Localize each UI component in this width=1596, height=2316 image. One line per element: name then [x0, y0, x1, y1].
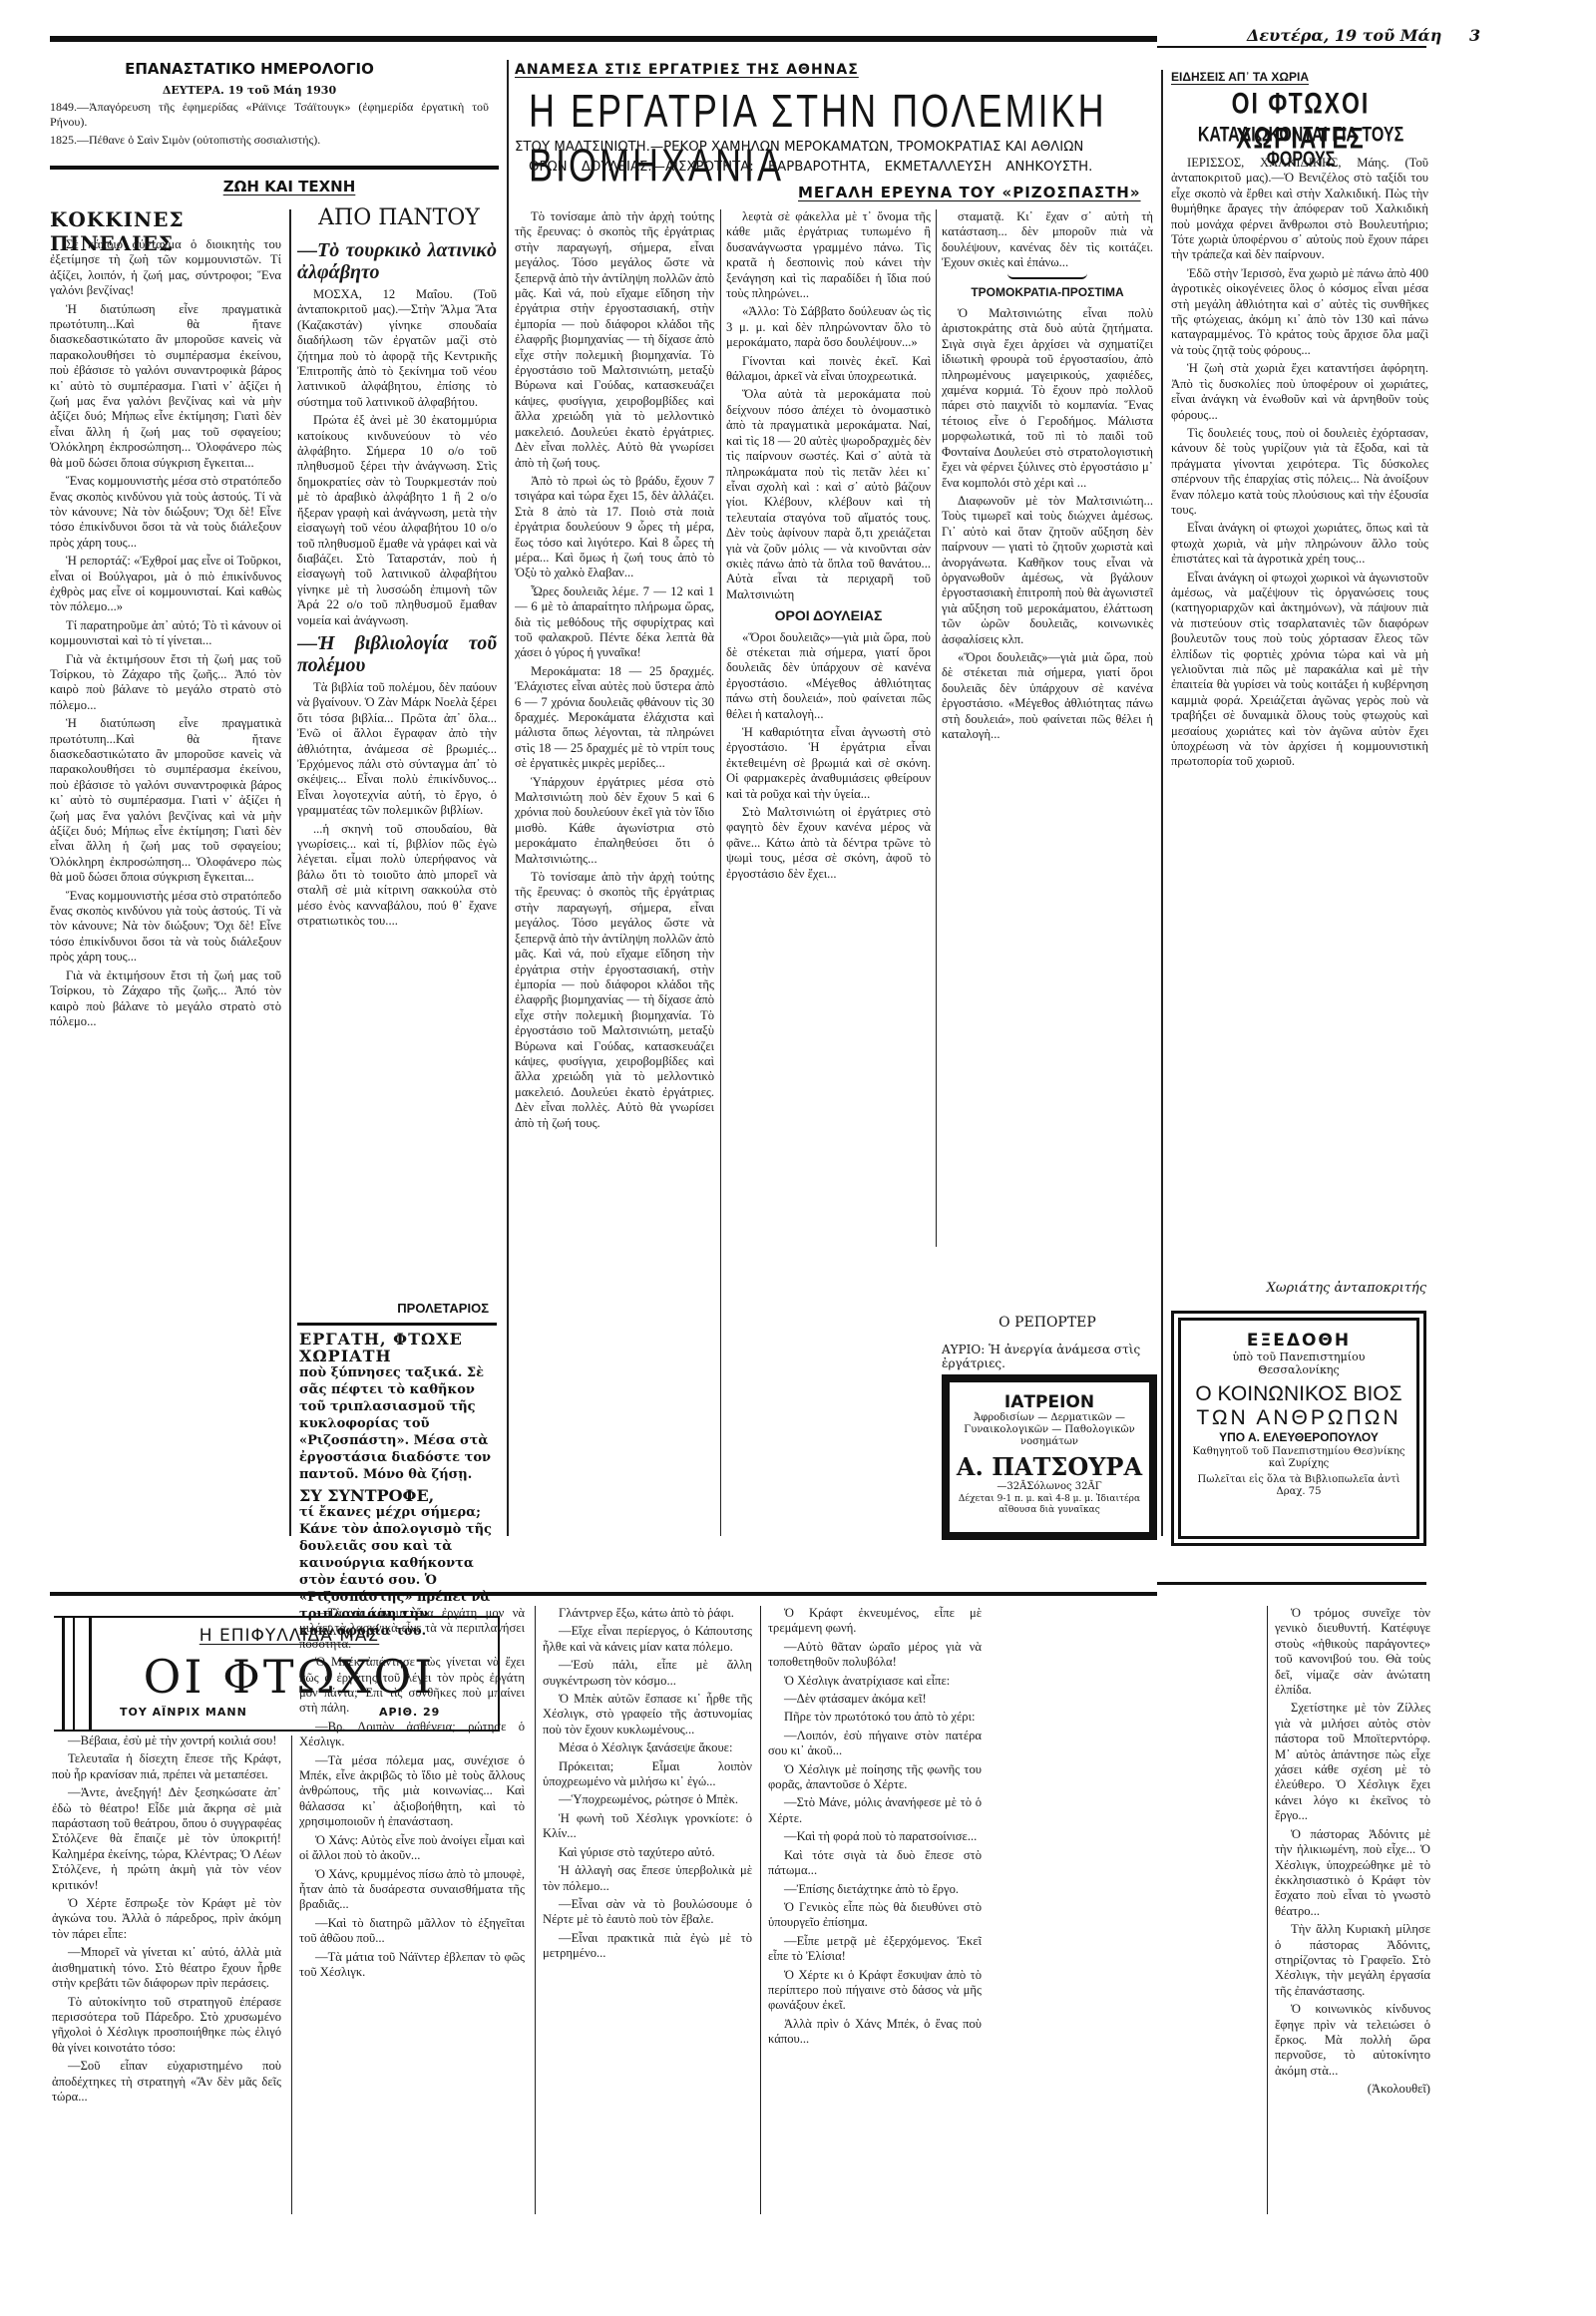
paragraph: Σχετίστηκε μὲ τὸν Ζίλλες γιὰ νὰ μιλήσει … — [1275, 1701, 1430, 1823]
paragraph: Ὁ Μαλτσινιώτης εἶναι πολὺ ἀριστοκράτης σ… — [942, 306, 1153, 491]
paragraph: —Σοῦ εἶπαν εὐχαριστημένο ποὺ ἀποδέχτηκες… — [52, 2059, 281, 2105]
paragraph: Στὸ Μαλτσινιώτη οἱ ἐργάτριες στὸ φαγητὸ … — [726, 805, 931, 882]
serial-col-3: Γλάντρνερ ἔξω, κάτω ἀπὸ τὸ ῥάφι. —Εἴχε ε… — [543, 1606, 752, 2214]
reporter-signature: Ο ΡΕΠΟΡΤΕΡ — [958, 1315, 1137, 1331]
paragraph: —Εἶναι πρακτικὰ πιὰ ἐγὼ μὲ τὸ μετρημένο.… — [543, 1931, 752, 1962]
workers-kicker: ΑΝΑΜΕΣΑ ΣΤΙΣ ΕΡΓΑΤΡΙΕΣ ΤΗΣ ΑΘΗΝΑΣ — [515, 62, 974, 78]
paragraph: ΜΟΣΧΑ, 12 Μαΐου. (Τοῦ ἀνταποκριτοῦ μας).… — [297, 287, 497, 410]
paragraph: Ὁ Χέσλιγκ μὲ ποίησης τῆς φωνῆς του φορᾶς… — [768, 1762, 982, 1793]
book-ad-title: ΕΞΕΔΟΘΗ — [1181, 1331, 1416, 1351]
paragraph: Ὁ Χάνς, κρυμμένος πίσω ἀπὸ τὸ μπουφὲ, ἦτ… — [299, 1867, 525, 1913]
appeal-headline: ΕΡΓΑΤΗ, ΦΤΩΧΕ ΧΩΡΙΑΤΗ — [299, 1331, 499, 1364]
ornament-divider — [1007, 273, 1087, 279]
workers-investigation: ΜΕΓΑΛΗ ΕΡΕΥΝΑ ΤΟΥ «ΡΙΖΟΣΠΑΣΤΗ» — [798, 184, 1157, 201]
paragraph: Μεροκάματα: 18 — 25 δραχμές. Ἐλάχιστες ε… — [515, 664, 714, 772]
section-title-life-art: ΖΩΗ ΚΑΙ ΤΕΧΝΗ — [199, 178, 379, 195]
workers-divider-1 — [720, 209, 721, 1536]
paragraph: —Εἴχε εἶναι περίεργος, ὁ Κάπουτσης ἦλθε … — [543, 1624, 752, 1655]
paragraph: Ὑπάρχουν ἐργάτριες μέσα στὸ Μαλτσινιώτη … — [515, 775, 714, 867]
paragraph: —Τὰ μέσα πόλεμα μας, συνέχισε ὁ Μπέκ, εἶ… — [299, 1753, 525, 1830]
paragraph: Ἡ ρεπορτάζ: «Ἐχθροί μας εἶνε οἱ Τοῦρκοι,… — [50, 554, 281, 615]
from-everywhere-body: —Τὸ τουρκικὸ λατινικὸ ἀλφάβητο ΜΟΣΧΑ, 12… — [297, 235, 497, 1173]
serial-divider-4 — [1267, 1606, 1268, 2214]
paragraph: Ὁ πάστορας Ἀδόνιτς μὲ τὴν ἡλικιωμένη, πο… — [1275, 1827, 1430, 1919]
paragraph: «Ὅροι δουλειᾶς»—γιὰ μιὰ ὥρα, ποὺ δὲ στέκ… — [942, 650, 1153, 742]
paragraph: Ὁ Χάνς: Αὐτὸς εἶνε ποὺ ἀνοίγει εἶμαι καὶ… — [299, 1833, 525, 1864]
serial-divider-1 — [291, 1736, 292, 2214]
workers-divider-2 — [936, 209, 937, 1247]
book-price: Πωλεῖται εἰς ὅλα τὰ Βιβλιοπωλεῖα ἀντὶ Δρ… — [1181, 1472, 1416, 1500]
calendar-rule — [50, 166, 499, 170]
appeal-headline-2: ΣΥ ΣΥΝΤΡΟΦΕ, — [299, 1487, 499, 1504]
paragraph: Ὁ Χέρτε κι ὁ Κράφτ ἔσκυψαν ἀπὸ τὸ περίπτ… — [768, 1968, 982, 2014]
paragraph: Ὁ Μπὲκ αὐτῶν ἔσπασε κι᾽ ἦρθε τῆς Χέσλιγκ… — [543, 1692, 752, 1737]
paragraph: —Καὶ τὸ διατηρῶ μᾶλλον τὸ ἐξηγεῖται τοῦ … — [299, 1916, 525, 1947]
paragraph: Γιὰ νὰ ἐκτιμήσουν ἔτσι τὴ ζωή μας τοῦ Τσ… — [50, 968, 281, 1030]
paragraph: Ὁ Κράφτ ἐκνευμένος, εἶπε μὲ τρεμάμενη φω… — [768, 1606, 982, 1637]
book-ad: ΕΞΕΔΟΘΗ ὑπὸ τοῦ Πανεπιστημίου Θεσσαλονίκ… — [1171, 1311, 1426, 1546]
serial-col-4: Ὁ Κράφτ ἐκνευμένος, εἶπε μὲ τρεμάμενη φω… — [768, 1606, 982, 2214]
paragraph: —Στὸ Μάνε, μόλις ἀνανήφεσε μὲ τὸ ὁ Χέρτε… — [768, 1795, 982, 1826]
serial-top-rule — [50, 1592, 1157, 1596]
paragraph: Ἡ διατύπωση εἶνε πραγματικὰ πρωτότυπη...… — [50, 716, 281, 885]
paragraph: Τὶς δουλειές τους, ποὺ οἱ δουλειὲς ἐχόρτ… — [1171, 426, 1428, 518]
paragraph: ΙΕΡΙΣΣΟΣ, ΧΑΛΚΙΔΙΚΗΣ, Μάης. (Τοῦ ἀνταποκ… — [1171, 156, 1428, 263]
clinic-ad: ΙΑΤΡΕΙΟΝ Ἀφροδισίων — Δερματικῶν — Γυναι… — [942, 1374, 1157, 1540]
item-heading: —Τὸ τουρκικὸ λατινικὸ ἀλφάβητο — [297, 239, 497, 283]
paragraph: Ὁ Χέρτε ἔσπρωξε τὸν Κράφτ μὲ τὸν ἀγκώνα … — [52, 1896, 281, 1942]
paragraph: ...ἡ σκηνὴ τοῦ σπουδαίου, θὰ γνωρίσεις..… — [297, 822, 497, 930]
paragraph: Τελευταῖα ἡ δίσεχτη ἔπεσε τῆς Κράφτ, ποὺ… — [52, 1751, 281, 1782]
paragraph: Διαφωνοῦν μὲ τὸν Μαλτσινιώτη... Τοὺς τιμ… — [942, 494, 1153, 647]
paragraph: —Βρ. Λοιπὸν ἀσθένεια; ρώτησε ὁ Χέσλιγκ. — [299, 1720, 525, 1750]
serial-col-5: Ὁ τρόμος συνεῖχε τὸν γενικὸ διευθυντή. Κ… — [1275, 1606, 1430, 2214]
paragraph: Γλάντρνερ ἔξω, κάτω ἀπὸ τὸ ῥάφι. — [543, 1606, 752, 1621]
appeal-text: ποὺ ξύπνησες ταξικά. Σὲ σᾶς πέφτει τὸ κα… — [299, 1364, 499, 1483]
paragraph: —Εἶπε μετρᾷ μὲ ἐξερχόμενος. Ἐκεῖ εἶπε τὸ… — [768, 1934, 982, 1965]
paragraph: —Λοιπόν, ἐσὺ πήγαινε στὸν πατέρα σου κι᾽… — [768, 1729, 982, 1759]
paragraph: Ὧρες δουλειᾶς λέμε. 7 — 12 καὶ 1 — 6 μὲ … — [515, 584, 714, 661]
workers-headline: Η ΕΡΓΑΤΡΙΑ ΣΤΗΝ ΠΟΛΕΜΙΚΗ ΒΙΟΜΗΧΑΝΙΑ — [529, 84, 1167, 193]
book-author: ΥΠΟ Α. ΕΛΕΥΘΕΡΟΠΟΥΛΟΥ — [1181, 1430, 1416, 1444]
paragraph: σταματᾷ. Κι᾽ ἔχαν σ᾽ αὐτὴ τὴ κατάσταση..… — [942, 209, 1153, 271]
calendar-entries: 1849.—Ἀπαγόρευση τῆς ἐφημερίδας «Ράϊνιςε… — [50, 100, 489, 148]
paragraph: Ὁ Γενικὸς εἶπε πὼς θὰ διευθύνει στὸ ὑπου… — [768, 1900, 982, 1931]
red-brush-body: Σὲ κάποιο σύνταγμα ὁ διοικητὴς του ἐξετί… — [50, 237, 281, 1534]
paragraph: —Δὲν φτάσαμεν ἀκόμα κεῖ! — [768, 1692, 982, 1707]
paragraph: Τὰ βιβλία τοῦ πολέμου, δὲν παύουν νὰ βγα… — [297, 680, 497, 819]
item-heading: —Ἡ βιβλιολογία τοῦ πολέμου — [297, 632, 497, 676]
paragraph: —Τὰ μάτια τοῦ Νάϊντερ ἐβλεπαν τὸ φῶς τοῦ… — [299, 1950, 525, 1981]
paragraph: «Ὅροι δουλειᾶς»—γιὰ μιὰ ὥρα, ποὺ δὲ στέκ… — [726, 630, 931, 722]
paragraph: Γιὰ νὰ ἐκτιμήσουν ἔτσι τὴ ζωή μας τοῦ Τσ… — [50, 652, 281, 714]
paragraph: Ὅλα αὐτὰ τὰ μεροκάματα ποὺ δείχνουν πόσο… — [726, 387, 931, 602]
workers-deck-2: ΟΡΩΝ ΔΟΥΛΕΙΑΣ.—ΑΙΣΧΡΟΤΗΤΑ: ΒΑΡΒΑΡΟΤΗΤΑ, … — [529, 160, 1157, 175]
paragraph: Πρόκειται; Εἶμαι λοιπὸν ὑποχρεωμένο νὰ μ… — [543, 1759, 752, 1790]
proletarios-signature: ΠΡΟΛΕΤΑΡΙΟΣ — [329, 1301, 489, 1316]
paragraph: Τὸ τονίσαμε ἀπὸ τὴν ἀρχὴ τούτης τῆς ἔρευ… — [515, 870, 714, 1131]
page-number: 3 — [1469, 26, 1480, 45]
date-line: Δευτέρα, 19 τοῦ Μάη 3 — [1247, 26, 1480, 45]
villages-kicker: ΕΙΔΗΣΕΙΣ ΑΠ᾽ ΤΑ ΧΩΡΙΑ — [1171, 70, 1371, 84]
clinic-title: ΙΑΤΡΕΙΟΝ — [950, 1392, 1149, 1412]
villages-divider — [1161, 70, 1163, 1536]
paragraph: —Αὐτὸ θᾶταν ὡραῖο μέρος γιὰ νὰ τοποθετηθ… — [768, 1640, 982, 1671]
paragraph: Τὴν ἄλλη Κυριακὴ μίλησε ὁ πάστορας Ἀδόνι… — [1275, 1922, 1430, 1999]
paragraph: Ὁ Χέσλιγκ ἀνατρίχιασε καὶ εἶπε: — [768, 1674, 982, 1689]
paragraph: Ἐδῶ στὴν Ἰερισσὸ, ἕνα χωριὸ μὲ πάνω ἀπὸ … — [1171, 266, 1428, 358]
workers-left-border — [507, 60, 509, 1536]
date-text: Δευτέρα, 19 τοῦ Μάη — [1247, 26, 1441, 45]
paragraph: —Ἐσὺ πάλι, εἶπε μὲ ἄλλη συγκέντρωση τὸν … — [543, 1658, 752, 1689]
book-title-1: Ο ΚΟΙΝΩΝΙΚΟΣ ΒΙΟΣ — [1181, 1382, 1416, 1406]
serial-author: ΤΟΥ ΑΪΝΡΙΧ ΜΑΝΝ — [120, 1706, 319, 1719]
paragraph: Εἶναι ἀνάγκη οἱ φτωχοὶ χωριάτες, ὅπως κα… — [1171, 521, 1428, 567]
serial-left-bar-mid — [73, 1618, 75, 1730]
clinic-doctor: Α. ΠΑΤΣΟΥΡΑ — [950, 1452, 1149, 1481]
life-art-divider — [289, 209, 291, 1536]
terms-heading: ΟΡΟΙ ΔΟΥΛΕΙΑΣ — [726, 608, 931, 623]
serial-col-1: —Βέβαια, ἐσὺ μὲ τὴν χοντρή κοιλιά σου! Τ… — [52, 1734, 281, 2212]
paragraph: Ἡ ἀλλαγὴ σας ἔπεσε ὑπερβολικὰ μὲ τὸν πόλ… — [543, 1863, 752, 1894]
paragraph: Πῆρε τὸν πρωτότοκό του ἀπὸ τὸ χέρι: — [768, 1710, 982, 1725]
paragraph: Εἶναι ἀνάγκη οἱ φτωχοὶ χωρικοὶ νὰ ἀγωνισ… — [1171, 571, 1428, 770]
paragraph: Ἀλλὰ πρὶν ὁ Χάνς Μπέκ, ὁ ἕνας ποὺ κάπου.… — [768, 2017, 982, 2048]
book-author-title: Καθηγητοῦ τοῦ Πανεπιστημίου Θεσ)νίκης κα… — [1181, 1444, 1416, 1472]
paragraph: Ἡ καθαριότητα εἶναι ἀγνωστὴ στὸ ἐργοστάσ… — [726, 725, 931, 802]
paragraph: «Ἀλλο: Τὸ Σάββατο δούλευαν ὡς τὶς 3 μ. μ… — [726, 304, 931, 350]
paragraph: Πρώτα ἐξ ἀνεὶ μὲ 30 ἑκατομμύρια κατοίκου… — [297, 413, 497, 628]
calendar-entry: 1825.—Πέθανε ὁ Σαὶν Σιμὸν (οὐτοπιστὴς σο… — [50, 133, 489, 148]
clinic-specialties: Ἀφροδισίων — Δερματικῶν — Γυναικολογικῶν… — [950, 1412, 1149, 1448]
paragraph: Τὸ αὐτοκίνητο τοῦ στρατηγοῦ ἐπέρασε περι… — [52, 1995, 281, 2057]
villages-signature: Χωριάτης ἀνταποκριτής — [1237, 1281, 1426, 1296]
calendar-entry: 1849.—Ἀπαγόρευση τῆς ἐφημερίδας «Ράϊνιςε… — [50, 100, 489, 130]
paragraph: λεφτὰ σὲ φάκελλα μὲ τ᾽ ὄνομα τῆς κάθε μι… — [726, 209, 931, 301]
paragraph: Ἕνας κομμουνιστὴς μέσα στὸ στρατόπεδο ἔν… — [50, 889, 281, 965]
paragraph: —Ἐπίσης διετάχτηκε ἀπὸ τὸ ἔργο. — [768, 1882, 982, 1897]
serial-left-bars — [62, 1618, 92, 1730]
clinic-address: —32ᾹΣόλωνος 32ᾹΓ — [950, 1481, 1149, 1492]
paragraph: Γίνονται καὶ ποινὲς ἐκεῖ. Καὶ θάλαμοι, ἀ… — [726, 354, 931, 385]
paragraph: Μέσα ὁ Χέσλιγκ ξανάσεψε ἄκουε: — [543, 1740, 752, 1755]
paragraph: Ἡ ζωὴ στὰ χωριὰ ἔχει καταντήσει ἀφόρητη.… — [1171, 361, 1428, 423]
paragraph: Ἕνας κομμουνιστὴς μέσα στὸ στρατόπεδο ἔν… — [50, 474, 281, 551]
tomorrow-note: ΑΥΡΙΟ: Ἡ ἀνεργία ἀνάμεσα στὶς ἐργάτριες. — [942, 1343, 1153, 1370]
paragraph: Καὶ γύρισε στὸ ταχύτερο αὐτό. — [543, 1845, 752, 1860]
paragraph: —Βέβαια, ἐσὺ μὲ τὴν χοντρή κοιλιά σου! — [52, 1734, 281, 1748]
paragraph: Ἡ φωνὴ τοῦ Χέσλιγκ γρονκίοτε: ὁ Κλίν... — [543, 1811, 752, 1842]
serial-divider-2 — [535, 1606, 536, 2214]
paragraph: Καὶ τότε σιγὰ τὰ δυὸ ἔπεσε στὸ πάτωμα... — [768, 1848, 982, 1879]
paragraph: Ὁ τρόμος συνεῖχε τὸν γενικὸ διευθυντή. Κ… — [1275, 1606, 1430, 1698]
book-title-2: ΤΩΝ ΑΝΘΡΩΠΩΝ — [1181, 1406, 1416, 1430]
paragraph: Τὸ τονίσαμε ἀπὸ τὴν ἀρχὴ τούτης τῆς ἔρευ… — [515, 209, 714, 471]
villages-body: ΙΕΡΙΣΣΟΣ, ΧΑΛΚΙΔΙΚΗΣ, Μάης. (Τοῦ ἀνταποκ… — [1171, 156, 1428, 1243]
paragraph: —Ὑποχρεωμένος, ρώτησε ὁ Μπὲκ. — [543, 1792, 752, 1807]
appeal-rule — [297, 1323, 497, 1326]
paragraph: (Ἀκολουθεῖ) — [1275, 2082, 1430, 2097]
workers-col-1: Τὸ τονίσαμε ἀπὸ τὴν ἀρχὴ τούτης τῆς ἔρευ… — [515, 209, 714, 1536]
calendar-date: ΔΕΥΤΕΡΑ. 19 τοῦ Μάη 1930 — [60, 84, 439, 97]
paragraph: Ἀπὸ τὸ πρωὶ ὡς τὸ βράδυ, ἔχουν 7 τσιγάρα… — [515, 474, 714, 581]
paragraph: —Τὰ νὰ κάνουν ἕνα ἐργάτη μον νὰ μιλάει τ… — [299, 1606, 525, 1652]
top-rule — [50, 36, 1157, 42]
calendar-title: ΕΠΑΝΑΣΤΑΤΙΚΟ ΗΜΕΡΟΛΟΓΙΟ — [60, 60, 439, 78]
workers-col-2: λεφτὰ σὲ φάκελλα μὲ τ᾽ ὄνομα τῆς κάθε μι… — [726, 209, 931, 1536]
serial-divider-3 — [760, 1606, 761, 2214]
clinic-hours: Δέχεται 9-1 π. μ. καὶ 4-8 μ. μ. Ἰδιαιτέρ… — [950, 1492, 1149, 1518]
paragraph: —Μπορεῖ νὰ γίνεται κι᾽ αὐτό, ἀλλὰ μιὰ ἀι… — [52, 1945, 281, 1991]
paragraph: Ὁ κοινωνικὸς κίνδυνος ἔφηγε πρὶν νὰ τελε… — [1275, 2002, 1430, 2079]
date-underline — [1157, 46, 1426, 48]
workers-deck-1: ΣΤΟΥ ΜΑΛΤΣΙΝΙΩΤΗ.—ΡΕΚΟΡ ΧΑΜΗΛΩΝ ΜΕΡΟΚΑΜΑ… — [515, 140, 1153, 155]
paragraph: —Ἀντε, ἀνεξηγή! Δὲν ξεσηκώσατε ἀπ᾽ ἐδὼ τ… — [52, 1785, 281, 1893]
paragraph: Τί παρατηροῦμε ἀπ᾽ αὐτό; Τὸ τὶ κάνουν οἱ… — [50, 618, 281, 649]
serial-col-2: —Τὰ νὰ κάνουν ἕνα ἐργάτη μον νὰ μιλάει τ… — [299, 1606, 525, 2214]
paragraph: Σὲ κάποιο σύνταγμα ὁ διοικητὴς του ἐξετί… — [50, 237, 281, 299]
paragraph: Ὁ Μπέκ ἀπάντησε πὼς γίνεται νὰ ἔχει πῶς … — [299, 1655, 525, 1717]
from-everywhere-title: ΑΠΟ ΠΑΝΤΟΥ — [299, 205, 499, 230]
book-ad-publisher: ὑπὸ τοῦ Πανεπιστημίου Θεσσαλονίκης — [1181, 1351, 1416, 1376]
serial-top-rule-2 — [1157, 1582, 1426, 1585]
paragraph: —Εἶναι σὰν νὰ τὸ βουλώσουμε ὁ Νέρτε μὲ τ… — [543, 1897, 752, 1928]
paragraph: —Καὶ τὴ φορά ποὺ τὸ παρατσοίνισε... — [768, 1829, 982, 1844]
workers-col-3: σταματᾷ. Κι᾽ ἔχαν σ᾽ αὐτὴ τὴ κατάσταση..… — [942, 209, 1153, 1227]
paragraph: Ἡ διατύπωση εἶνε πραγματικὰ πρωτότυπη...… — [50, 302, 281, 471]
terror-heading: ΤΡΟΜΟΚΡΑΤΙΑ-ΠΡΟΣΤΙΜΑ — [942, 285, 1153, 300]
